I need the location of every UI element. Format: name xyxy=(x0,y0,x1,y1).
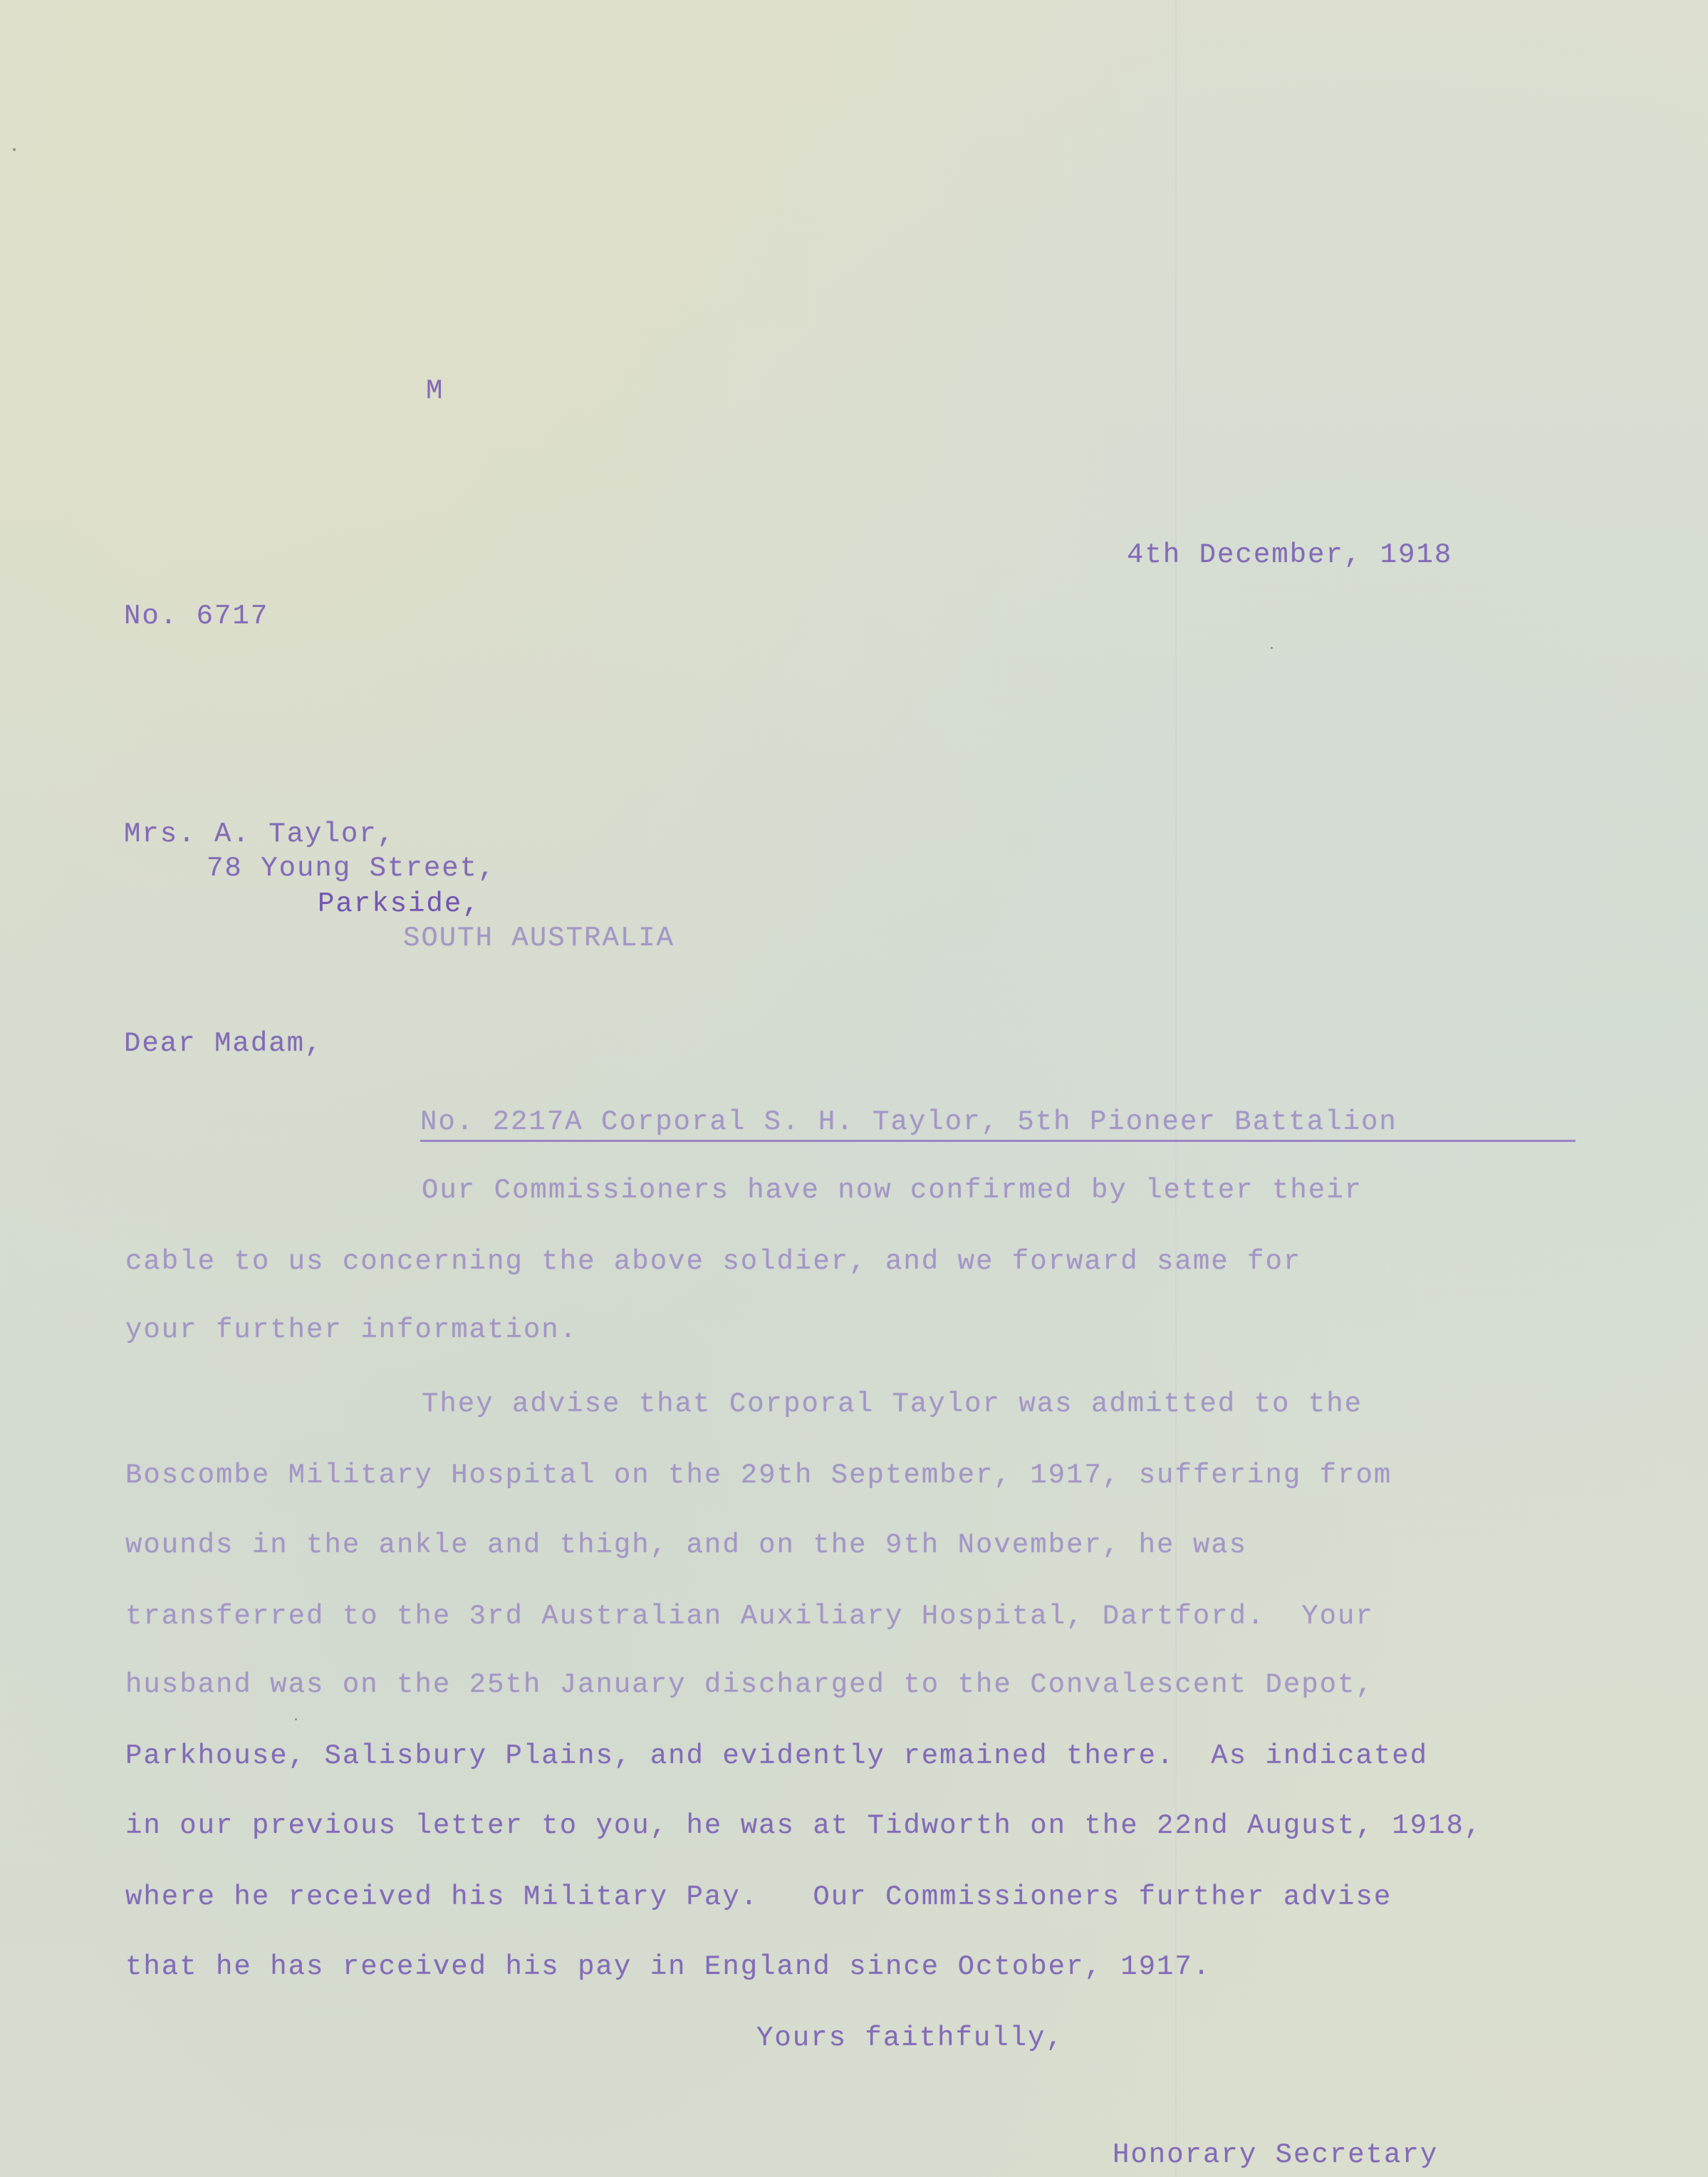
body-line: Our Commissioners have now confirmed by … xyxy=(422,1177,1363,1205)
recipient-suburb: Parkside, xyxy=(318,890,481,918)
body-line: your further information. xyxy=(125,1316,578,1344)
body-line: wounds in the ankle and thigh, and on th… xyxy=(125,1532,1247,1559)
closing: Yours faithfully, xyxy=(756,2025,1064,2052)
body-line: husband was on the 25th January discharg… xyxy=(125,1671,1374,1699)
body-line: that he has received his pay in England … xyxy=(125,1953,1211,1981)
body-line: Boscombe Military Hospital on the 29th S… xyxy=(125,1462,1392,1490)
body-line: in our previous letter to you, he was at… xyxy=(125,1812,1482,1840)
body-line: Parkhouse, Salisbury Plains, and evident… xyxy=(125,1742,1428,1770)
paper-crease xyxy=(1175,0,1177,2177)
body-line: transferred to the 3rd Australian Auxili… xyxy=(125,1603,1374,1631)
signature-title: Honorary Secretary xyxy=(1113,2141,1438,2169)
body-line: They advise that Corporal Taylor was adm… xyxy=(422,1391,1363,1418)
body-line: where he received his Military Pay. Our … xyxy=(125,1884,1392,1911)
subject-underline xyxy=(420,1140,1576,1142)
recipient-name: Mrs. A. Taylor, xyxy=(124,821,395,848)
salutation: Dear Madam, xyxy=(124,1030,323,1058)
letter-date: 4th December, 1918 xyxy=(1127,541,1452,569)
recipient-state: SOUTH AUSTRALIA xyxy=(403,925,675,952)
reference-number: No. 6717 xyxy=(124,603,269,630)
letter-marker: M xyxy=(426,378,444,405)
paper-speck xyxy=(13,148,16,151)
body-line: cable to us concerning the above soldier… xyxy=(125,1248,1301,1276)
paper-speck xyxy=(295,1718,297,1720)
recipient-street: 78 Young Street, xyxy=(207,855,496,883)
paper-speck xyxy=(1271,647,1273,649)
subject-line: No. 2217A Corporal S. H. Taylor, 5th Pio… xyxy=(420,1108,1397,1136)
